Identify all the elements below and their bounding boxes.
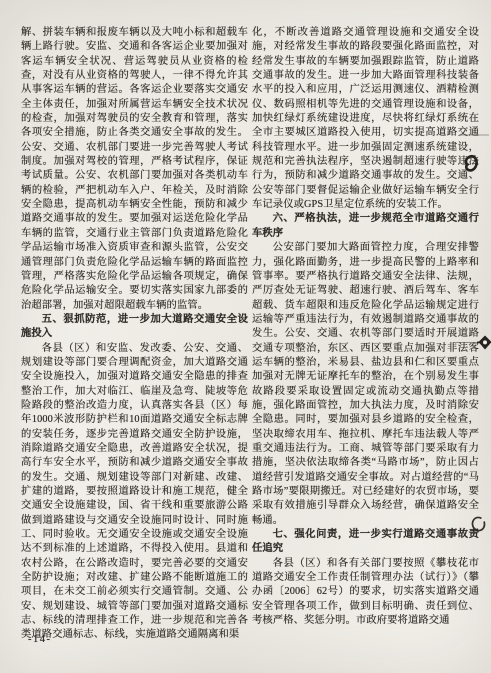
section7-heading: 七、强化问责，进一步实行道路交通事故责任追究: [252, 528, 479, 557]
diamond-ink-blot-icon: [477, 335, 491, 351]
section7-paragraph: 各县（区）和各有关部门要按照《攀枝花市道路交通安全工作责任制管理办法（试行）》（…: [252, 557, 479, 629]
right-text-column: 化，不断改善道路交通管理设施和交通安全设施，对经常发生事故的路段要强化路面监控，…: [252, 26, 479, 628]
left-continuation-paragraph: 解、拼装车辆和报废车辆以及大吨小标和超载车辆上路行驶。安监、交通和各客运企业要加…: [21, 26, 248, 313]
section6-heading: 六、严格执法，进一步规范全市道路交通行车秩序: [252, 212, 479, 241]
left-text-column: 解、拼装车辆和报废车辆以及大吨小标和超载车辆上路行驶。安监、交通和各客运企业要加…: [21, 26, 248, 643]
scan-hairline: [453, 342, 479, 343]
d-ring-ink-blot-icon: [463, 154, 479, 174]
section5-heading: 五、狠抓防范，进一步加大道路交通安全设施投入: [21, 313, 248, 342]
scanned-document-page: 解、拼装车辆和报废车辆以及大吨小标和超载车辆上路行驶。安监、交通和各客运企业要加…: [0, 0, 491, 673]
circle-ink-ring-icon: [471, 516, 486, 532]
section6-paragraph: 公安部门要加大路面管控力度，合理安排警力，强化路面勤务，进一步提高民警的上路率和…: [252, 241, 479, 528]
scan-smudge-line: [459, 134, 489, 136]
right-continuation-paragraph: 化，不断改善道路交通管理设施和交通安全设施，对经常发生事故的路段要强化路面监控，…: [252, 26, 479, 212]
section5-paragraph: 各县（区）和安监、发改委、公安、交通、规划建设等部门要合理调配资金，加大道路交通…: [21, 342, 248, 643]
page-number: -14-: [28, 634, 52, 645]
